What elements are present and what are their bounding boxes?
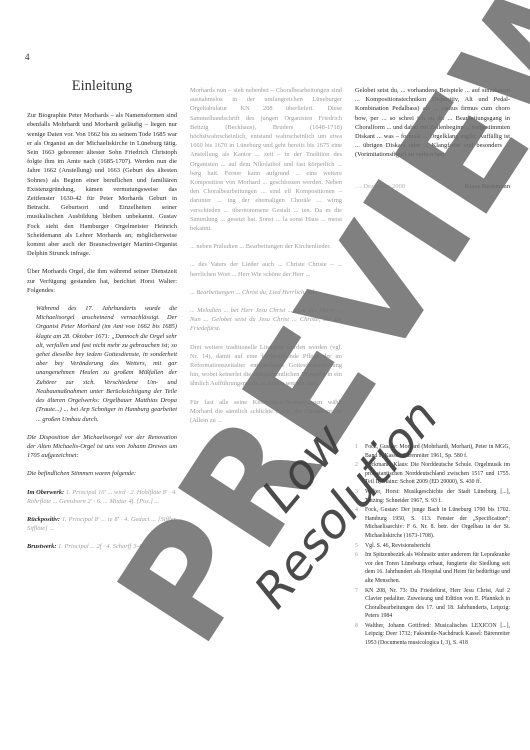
footnote-text: Fock, Gustav: Morhard (Mohrhardt, Morhar… [365, 443, 510, 460]
footnote-text: Fock, Gustav: Der junge Bach in Lüneburg… [365, 506, 510, 540]
footnote: 4Fock, Gustav: Der junge Bach in Lünebur… [355, 506, 510, 540]
middle-paragraph-6: Drei weitere traditionelle Liturgien wer… [190, 343, 342, 389]
middle-paragraph-3: ... des Vaters der Lieder auch ... Chris… [190, 260, 342, 278]
page-number: 4 [25, 52, 30, 62]
footnote: 6Im Spitzenbezirk als Wohnsitz unter and… [355, 551, 510, 585]
middle-paragraph-7: Für fast alle seine Kirchenlied-Bearbeit… [190, 398, 342, 426]
footnotes: 1Fock, Gustav: Morhard (Mohrhardt, Morha… [355, 443, 510, 649]
brustwerk-label: Brustwerk: [27, 543, 56, 550]
footnote-text: Vgl. S. 46, Revisionsbericht [365, 542, 510, 551]
brustwerk-list: 1. Principal ... 2f · 4. Scharff 3-4 ... [58, 543, 148, 550]
left-column: Einleitung Zur Biographie Peter Morhards… [27, 80, 177, 561]
footnote-number: 8 [355, 622, 365, 648]
right-paragraph: Gelobet seist du, ... vorhandene Beispie… [355, 86, 510, 160]
oberwerk-stops: Im Oberwerk: 1. Principal 16' ... wird ·… [27, 488, 177, 506]
rueckpositiv-label: Rückpositiv: [27, 516, 60, 523]
footnote: 7KN 208, Nr. 73: Du Friedefürst, Herr Je… [355, 587, 510, 621]
footnote: 5Vgl. S. 46, Revisionsbericht [355, 542, 510, 551]
disposition-paragraph: Die Disposition der Michaelisorgel vor d… [27, 433, 177, 461]
middle-column: Morhards nun – sieh nebenbei – Choralbea… [190, 86, 342, 434]
footnote-text: Walter, Horst: Musikgeschichte der Stadt… [365, 488, 510, 505]
page-title: Einleitung [27, 82, 177, 91]
footnote: 1Fock, Gustav: Morhard (Mohrhardt, Morha… [355, 443, 510, 460]
middle-paragraph-5: ... Melodien ... bei Herr Jesu Christ ..… [190, 306, 342, 334]
middle-paragraph-2: ... neben Präludien ... Bearbeitungen de… [190, 242, 342, 251]
brustwerk-stops: Brustwerk: 1. Principal ... 2f · 4. Scha… [27, 542, 177, 551]
footnote-number: 5 [355, 542, 365, 551]
stops-intro: Die befindlichen Stimmen waren folgende: [27, 469, 177, 478]
intro-paragraph: Zur Biographie Peter Morhards – als Name… [27, 111, 177, 258]
block-quote: Während des 17. Jahrhunderts wurde die M… [27, 304, 177, 424]
signoff-author: Klaus Beckmann [465, 182, 510, 191]
footnote-number: 2 [355, 461, 365, 487]
footnote-number: 3 [355, 488, 365, 505]
footnote-number: 7 [355, 587, 365, 621]
signoff: … Dezember 2008 Klaus Beckmann [355, 182, 510, 191]
organ-paragraph: Über Morhards Orgel, die ihm während sei… [27, 267, 177, 295]
footnote: 8Walther, Johann Gottfried: Musicalische… [355, 622, 510, 648]
right-column: Gelobet seist du, ... vorhandene Beispie… [355, 86, 510, 191]
footnote-text: KN 208, Nr. 73: Du Friedefürst, Herr Jes… [365, 587, 510, 621]
footnote-text: Walther, Johann Gottfried: Musicalisches… [365, 622, 510, 648]
footnote-number: 4 [355, 506, 365, 540]
oberwerk-label: Im Oberwerk: [27, 489, 64, 496]
middle-paragraph-4: ... Bearbeitungen ... Christ du, Lied He… [190, 288, 342, 297]
footnote: 2Beckmann, Klaus: Die Norddeutsche Schul… [355, 461, 510, 487]
footnote: 3Walter, Horst: Musikgeschichte der Stad… [355, 488, 510, 505]
footnote-text: Im Spitzenbezirk als Wohnsitz unter ande… [365, 551, 510, 585]
middle-paragraph-1: Morhards nun – sieh nebenbei – Choralbea… [190, 86, 342, 233]
rueckpositiv-stops: Rückpositiv: 1. Principal 8' ... te 8' ·… [27, 515, 177, 533]
footnote-number: 1 [355, 443, 365, 460]
signoff-place-date: … Dezember 2008 [355, 182, 405, 191]
footnote-text: Beckmann, Klaus: Die Norddeutsche Schule… [365, 461, 510, 487]
footnote-number: 6 [355, 551, 365, 585]
